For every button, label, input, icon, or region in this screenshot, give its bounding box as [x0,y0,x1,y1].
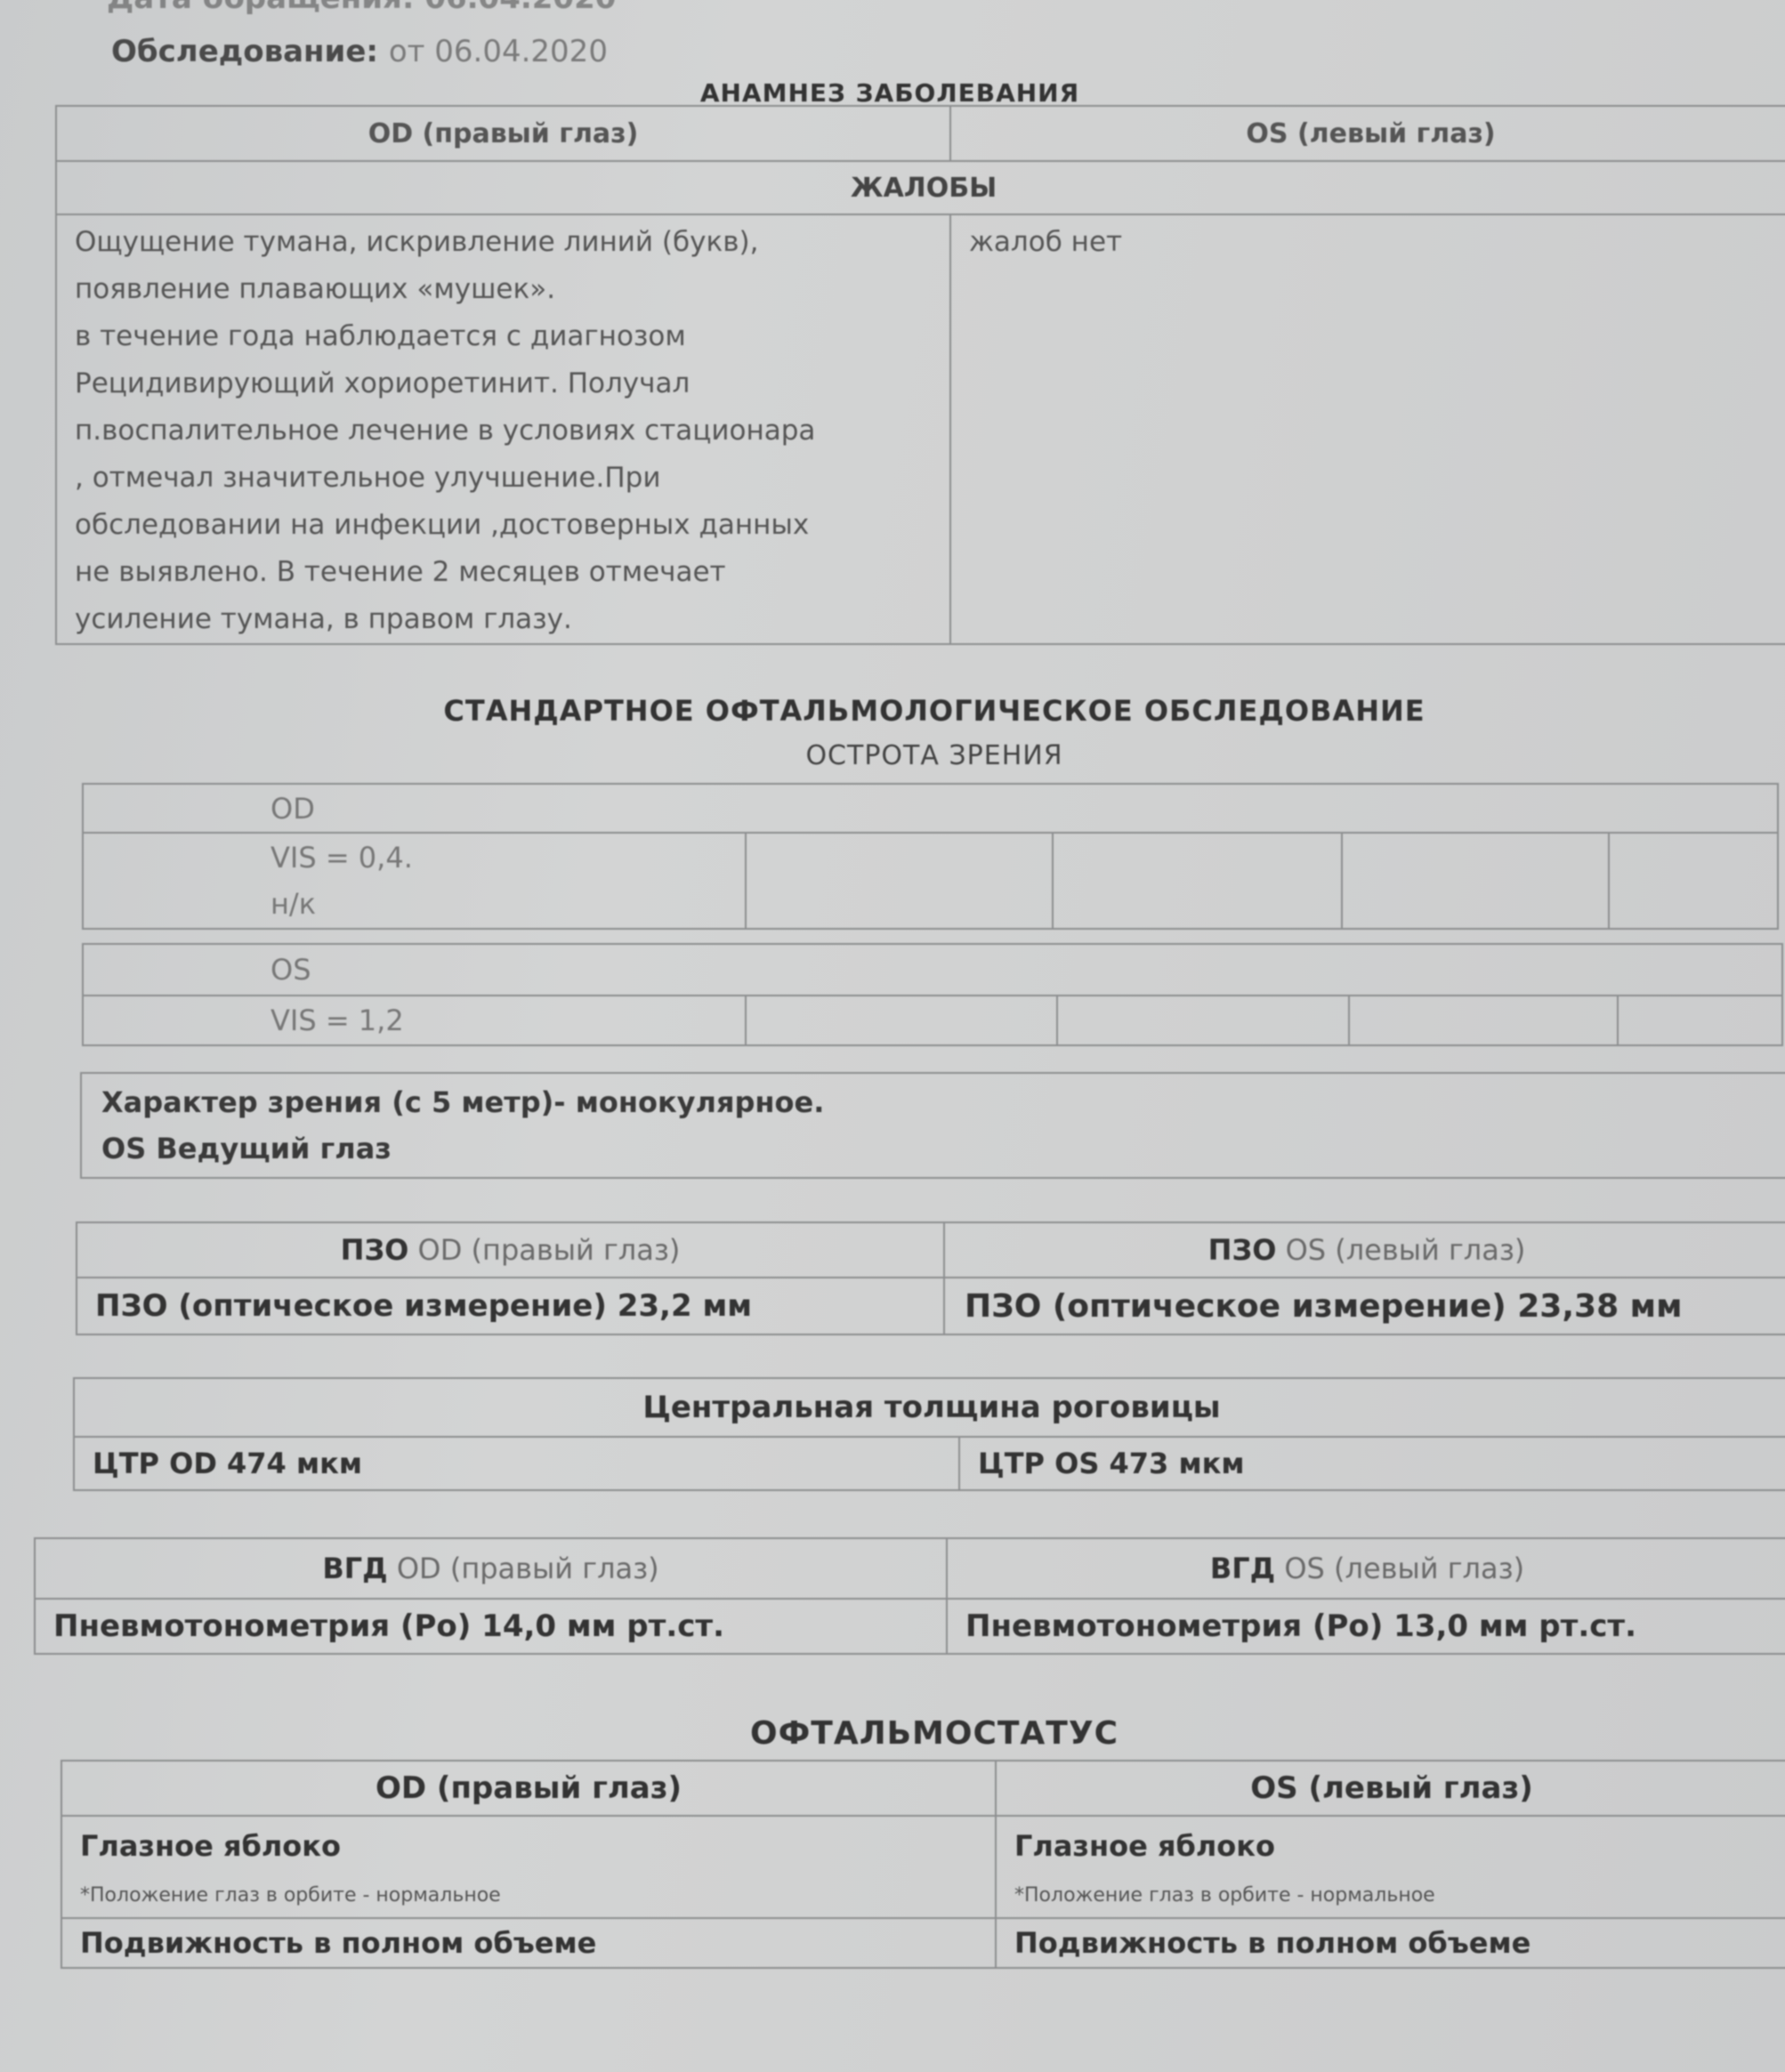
iop-os-header-rest: OS (левый глаз) [1284,1552,1524,1585]
dominant-eye-line: OS Ведущий глаз [101,1125,1769,1172]
empty-cell [746,996,1057,1045]
os-label-text: OS [271,953,311,987]
od-note: н/к [271,881,727,927]
complaint-line: в течение года наблюдается с диагнозом [75,313,932,360]
pzo-od-header-rest: OD (правый глаз) [418,1233,681,1267]
empty-cell [1349,996,1618,1045]
visit-date-line: Дата обращения: 06.04.2020 [107,0,616,16]
empty-cell [1057,996,1349,1045]
iop-od-header-bold: ВГД [322,1552,387,1585]
iop-os-value: Пневмотонометрия (Po) 13,0 мм рт.ст. [947,1599,1785,1654]
exam-date-line: Обследование: от 06.04.2020 [111,34,608,69]
os-label: OS [83,944,1782,996]
complaint-line: появление плавающих «мушек». [75,266,932,313]
iop-od-header: ВГД OD (правый глаз) [35,1538,947,1599]
od-complaints: Ощущение тумана, искривление линий (букв… [56,214,950,644]
complaint-line: , отмечал значительное улучшение.При [75,455,932,502]
od-eyeball-cell: Глазное яблоко *Положение глаз в орбите … [61,1816,996,1918]
complaint-line: Рецидивирующий хориоретинит. Получал [75,360,932,407]
iop-os-header-bold: ВГД [1210,1552,1275,1585]
axial-length-table: ПЗО OD (правый глаз) ПЗО OS (левый глаз)… [76,1221,1785,1335]
pzo-od-header-bold: ПЗО [341,1233,409,1267]
complaints-title: ЖАЛОБЫ [56,161,1785,214]
exam-date: от 06.04.2020 [389,34,608,69]
os-header: OS (левый глаз) [950,106,1785,161]
anamnesis-title: АНАМНЕЗ ЗАБОЛЕВАНИЯ [534,78,1246,108]
os-eye-position: *Положение глаз в орбите - нормальное [1014,1884,1769,1907]
pzo-os-value: ПЗО (оптическое измерение) 23,38 мм [944,1278,1785,1334]
medical-document: Дата обращения: 06.04.2020 Обследование:… [0,0,1785,2072]
od-eyeball: Глазное яблоко [80,1829,977,1863]
exam-label: Обследование: [111,34,378,69]
os-eyeball-cell: Глазное яблоко *Положение глаз в орбите … [996,1816,1785,1918]
anamnesis-table: OD (правый глаз) OS (левый глаз) ЖАЛОБЫ … [55,105,1785,645]
cornea-od-value: ЦТР OD 474 мкм [74,1437,959,1490]
corneal-thickness-table: Центральная толщина роговицы ЦТР OD 474 … [73,1377,1785,1491]
status-od-header: OD (правый глаз) [61,1761,996,1816]
pzo-os-header: ПЗО OS (левый глаз) [944,1222,1785,1278]
visual-acuity-title: ОСТРОТА ЗРЕНИЯ [534,740,1335,771]
complaint-line: усиление тумана, в правом глазу. [75,596,932,643]
os-complaints-text: жалоб нет [969,219,1773,266]
os-mobility: Подвижность в полном объеме [996,1918,1785,1968]
complaint-line: обследовании на инфекции ,достоверных да… [75,502,932,549]
od-vis-cell: VIS = 0,4. н/к [83,833,746,929]
iop-od-value: Пневмотонометрия (Po) 14,0 мм рт.ст. [35,1599,947,1654]
empty-cell [1609,833,1778,929]
os-acuity-table: OS VIS = 1,2 [82,943,1783,1046]
od-label: OD [83,784,1778,833]
pzo-os-header-bold: ПЗО [1208,1233,1277,1267]
pzo-od-header: ПЗО OD (правый глаз) [77,1222,944,1278]
vision-character-cell: Характер зрения (с 5 метр)- монокулярное… [81,1073,1785,1178]
od-acuity-table: OD VIS = 0,4. н/к [82,783,1779,930]
complaint-line: Ощущение тумана, искривление линий (букв… [75,219,932,266]
cornea-os-value: ЦТР OS 473 мкм [959,1437,1785,1490]
iop-table: ВГД OD (правый глаз) ВГД OS (левый глаз)… [34,1537,1785,1655]
od-header: OD (правый глаз) [56,106,950,161]
empty-cell [1618,996,1782,1045]
od-label-text: OD [271,792,315,826]
ophthalmostatus-table: OD (правый глаз) OS (левый глаз) Глазное… [61,1760,1785,1969]
os-complaints: жалоб нет [950,214,1785,644]
pzo-od-value: ПЗО (оптическое измерение) 23,2 мм [77,1278,944,1334]
vision-character-box: Характер зрения (с 5 метр)- монокулярное… [80,1072,1785,1179]
empty-cell [1342,833,1609,929]
complaint-line: п.воспалительное лечение в условиях стац… [75,407,932,455]
iop-os-header: ВГД OS (левый глаз) [947,1538,1785,1599]
status-os-header: OS (левый глаз) [996,1761,1785,1816]
od-mobility: Подвижность в полном объеме [61,1918,996,1968]
empty-cell [1053,833,1342,929]
os-vis: VIS = 1,2 [83,996,746,1045]
ophthalmostatus-title: ОФТАЛЬМОСТАТУС [623,1715,1246,1752]
od-eye-position: *Положение глаз в орбите - нормальное [80,1884,977,1907]
cornea-title: Центральная толщина роговицы [74,1378,1785,1437]
complaint-line: не выявлено. В течение 2 месяцев отмечае… [75,549,932,596]
standard-exam-title: СТАНДАРТНОЕ ОФТАЛЬМОЛОГИЧЕСКОЕ ОБСЛЕДОВА… [356,694,1513,728]
iop-od-header-rest: OD (правый глаз) [397,1552,659,1585]
pzo-os-header-rest: OS (левый глаз) [1286,1233,1526,1267]
empty-cell [746,833,1053,929]
vision-character-line: Характер зрения (с 5 метр)- монокулярное… [101,1079,1769,1125]
od-vis: VIS = 0,4. [271,834,727,881]
os-eyeball: Глазное яблоко [1014,1829,1769,1863]
